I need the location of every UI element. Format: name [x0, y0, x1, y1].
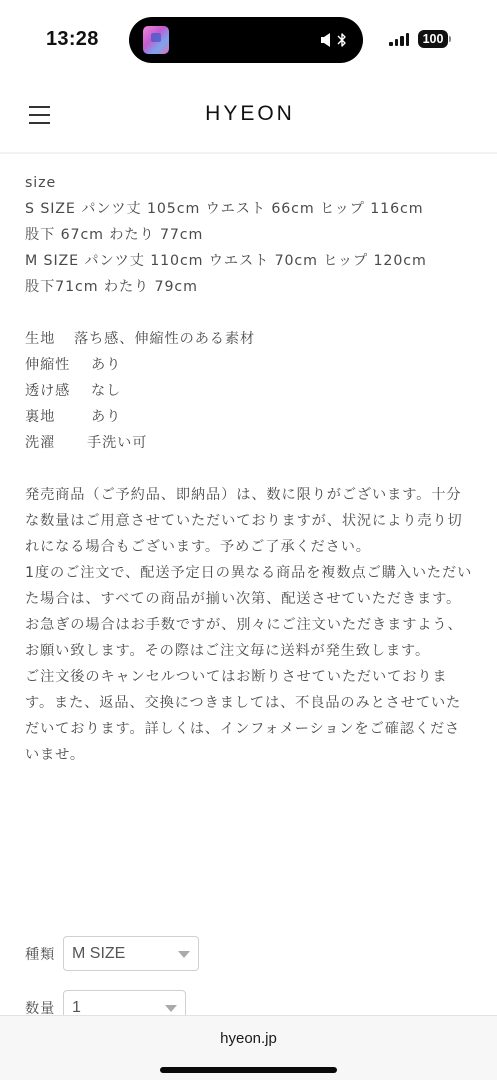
- chevron-down-icon: [165, 1005, 177, 1012]
- size-line: M SIZE パンツ丈 110cm ウエスト 70cm ヒップ 120cm: [25, 248, 475, 274]
- spec-value: 手洗い可: [87, 430, 147, 456]
- spec-row-lining: 裏地 あり: [25, 404, 475, 430]
- status-time: 13:28: [46, 28, 99, 51]
- size-section: size S SIZE パンツ丈 105cm ウエスト 66cm ヒップ 116…: [25, 170, 475, 300]
- browser-address-bar: hyeon.jp: [0, 1015, 497, 1080]
- spec-row-fabric: 生地 落ち感、伸縮性のある素材: [25, 326, 475, 352]
- size-line: 股下71cm わたり 79cm: [25, 274, 475, 300]
- cellular-signal-icon: [389, 33, 409, 46]
- spec-label: 生地: [25, 326, 74, 352]
- bluetooth-icon: [337, 31, 347, 49]
- spec-value: あり: [91, 352, 121, 378]
- speaker-muted-icon: [320, 32, 334, 48]
- type-select-value: M SIZE: [72, 945, 125, 962]
- type-option-row: 種類 M SIZE: [25, 936, 199, 971]
- battery-cap: [449, 36, 451, 42]
- spec-row-stretch: 伸縮性 あり: [25, 352, 475, 378]
- chevron-down-icon: [178, 951, 190, 958]
- app-thumbnail-icon: [143, 26, 169, 54]
- dynamic-island[interactable]: [129, 17, 363, 63]
- spec-row-sheer: 透け感 なし: [25, 378, 475, 404]
- spec-section: 生地 落ち感、伸縮性のある素材 伸縮性 あり 透け感 なし 裏地 あり 洗濯 手…: [25, 326, 475, 456]
- size-line: S SIZE パンツ丈 105cm ウエスト 66cm ヒップ 116cm: [25, 196, 475, 222]
- spec-value: 落ち感、伸縮性のある素材: [74, 326, 255, 352]
- spec-value: あり: [91, 404, 121, 430]
- spec-label: 伸縮性: [25, 352, 91, 378]
- spec-value: なし: [91, 378, 121, 404]
- spec-label: 裏地: [25, 404, 91, 430]
- type-select[interactable]: M SIZE: [63, 936, 199, 971]
- site-header: HYEON: [0, 80, 497, 154]
- size-line: 股下 67cm わたり 77cm: [25, 222, 475, 248]
- status-bar: 13:28 100: [0, 0, 497, 80]
- battery-icon: 100: [418, 30, 448, 48]
- url-field[interactable]: hyeon.jp: [0, 1030, 497, 1047]
- spec-label: 透け感: [25, 378, 91, 404]
- home-indicator[interactable]: [160, 1067, 337, 1073]
- spec-label: 洗濯: [25, 430, 87, 456]
- notice-separate-orders: お急ぎの場合はお手数ですが、別々にご注文いただきますよう、お願い致します。その際…: [25, 612, 475, 664]
- type-label: 種類: [25, 944, 63, 964]
- spec-row-washing: 洗濯 手洗い可: [25, 430, 475, 456]
- quantity-select-value: 1: [72, 999, 81, 1016]
- notice-cancellation: ご注文後のキャンセルついてはお断りさせていただいております。また、返品、交換につ…: [25, 664, 475, 768]
- site-logo[interactable]: HYEON: [0, 102, 497, 126]
- notice-shipping: 1度のご注文で、配送予定日の異なる商品を複数点ご購入いただいた場合は、すべての商…: [25, 560, 475, 612]
- notice-stock: 発売商品（ご予約品、即納品）は、数に限りがございます。十分な数量はご用意させてい…: [25, 482, 475, 560]
- size-heading: size: [25, 170, 475, 196]
- product-description: size S SIZE パンツ丈 105cm ウエスト 66cm ヒップ 116…: [25, 170, 475, 768]
